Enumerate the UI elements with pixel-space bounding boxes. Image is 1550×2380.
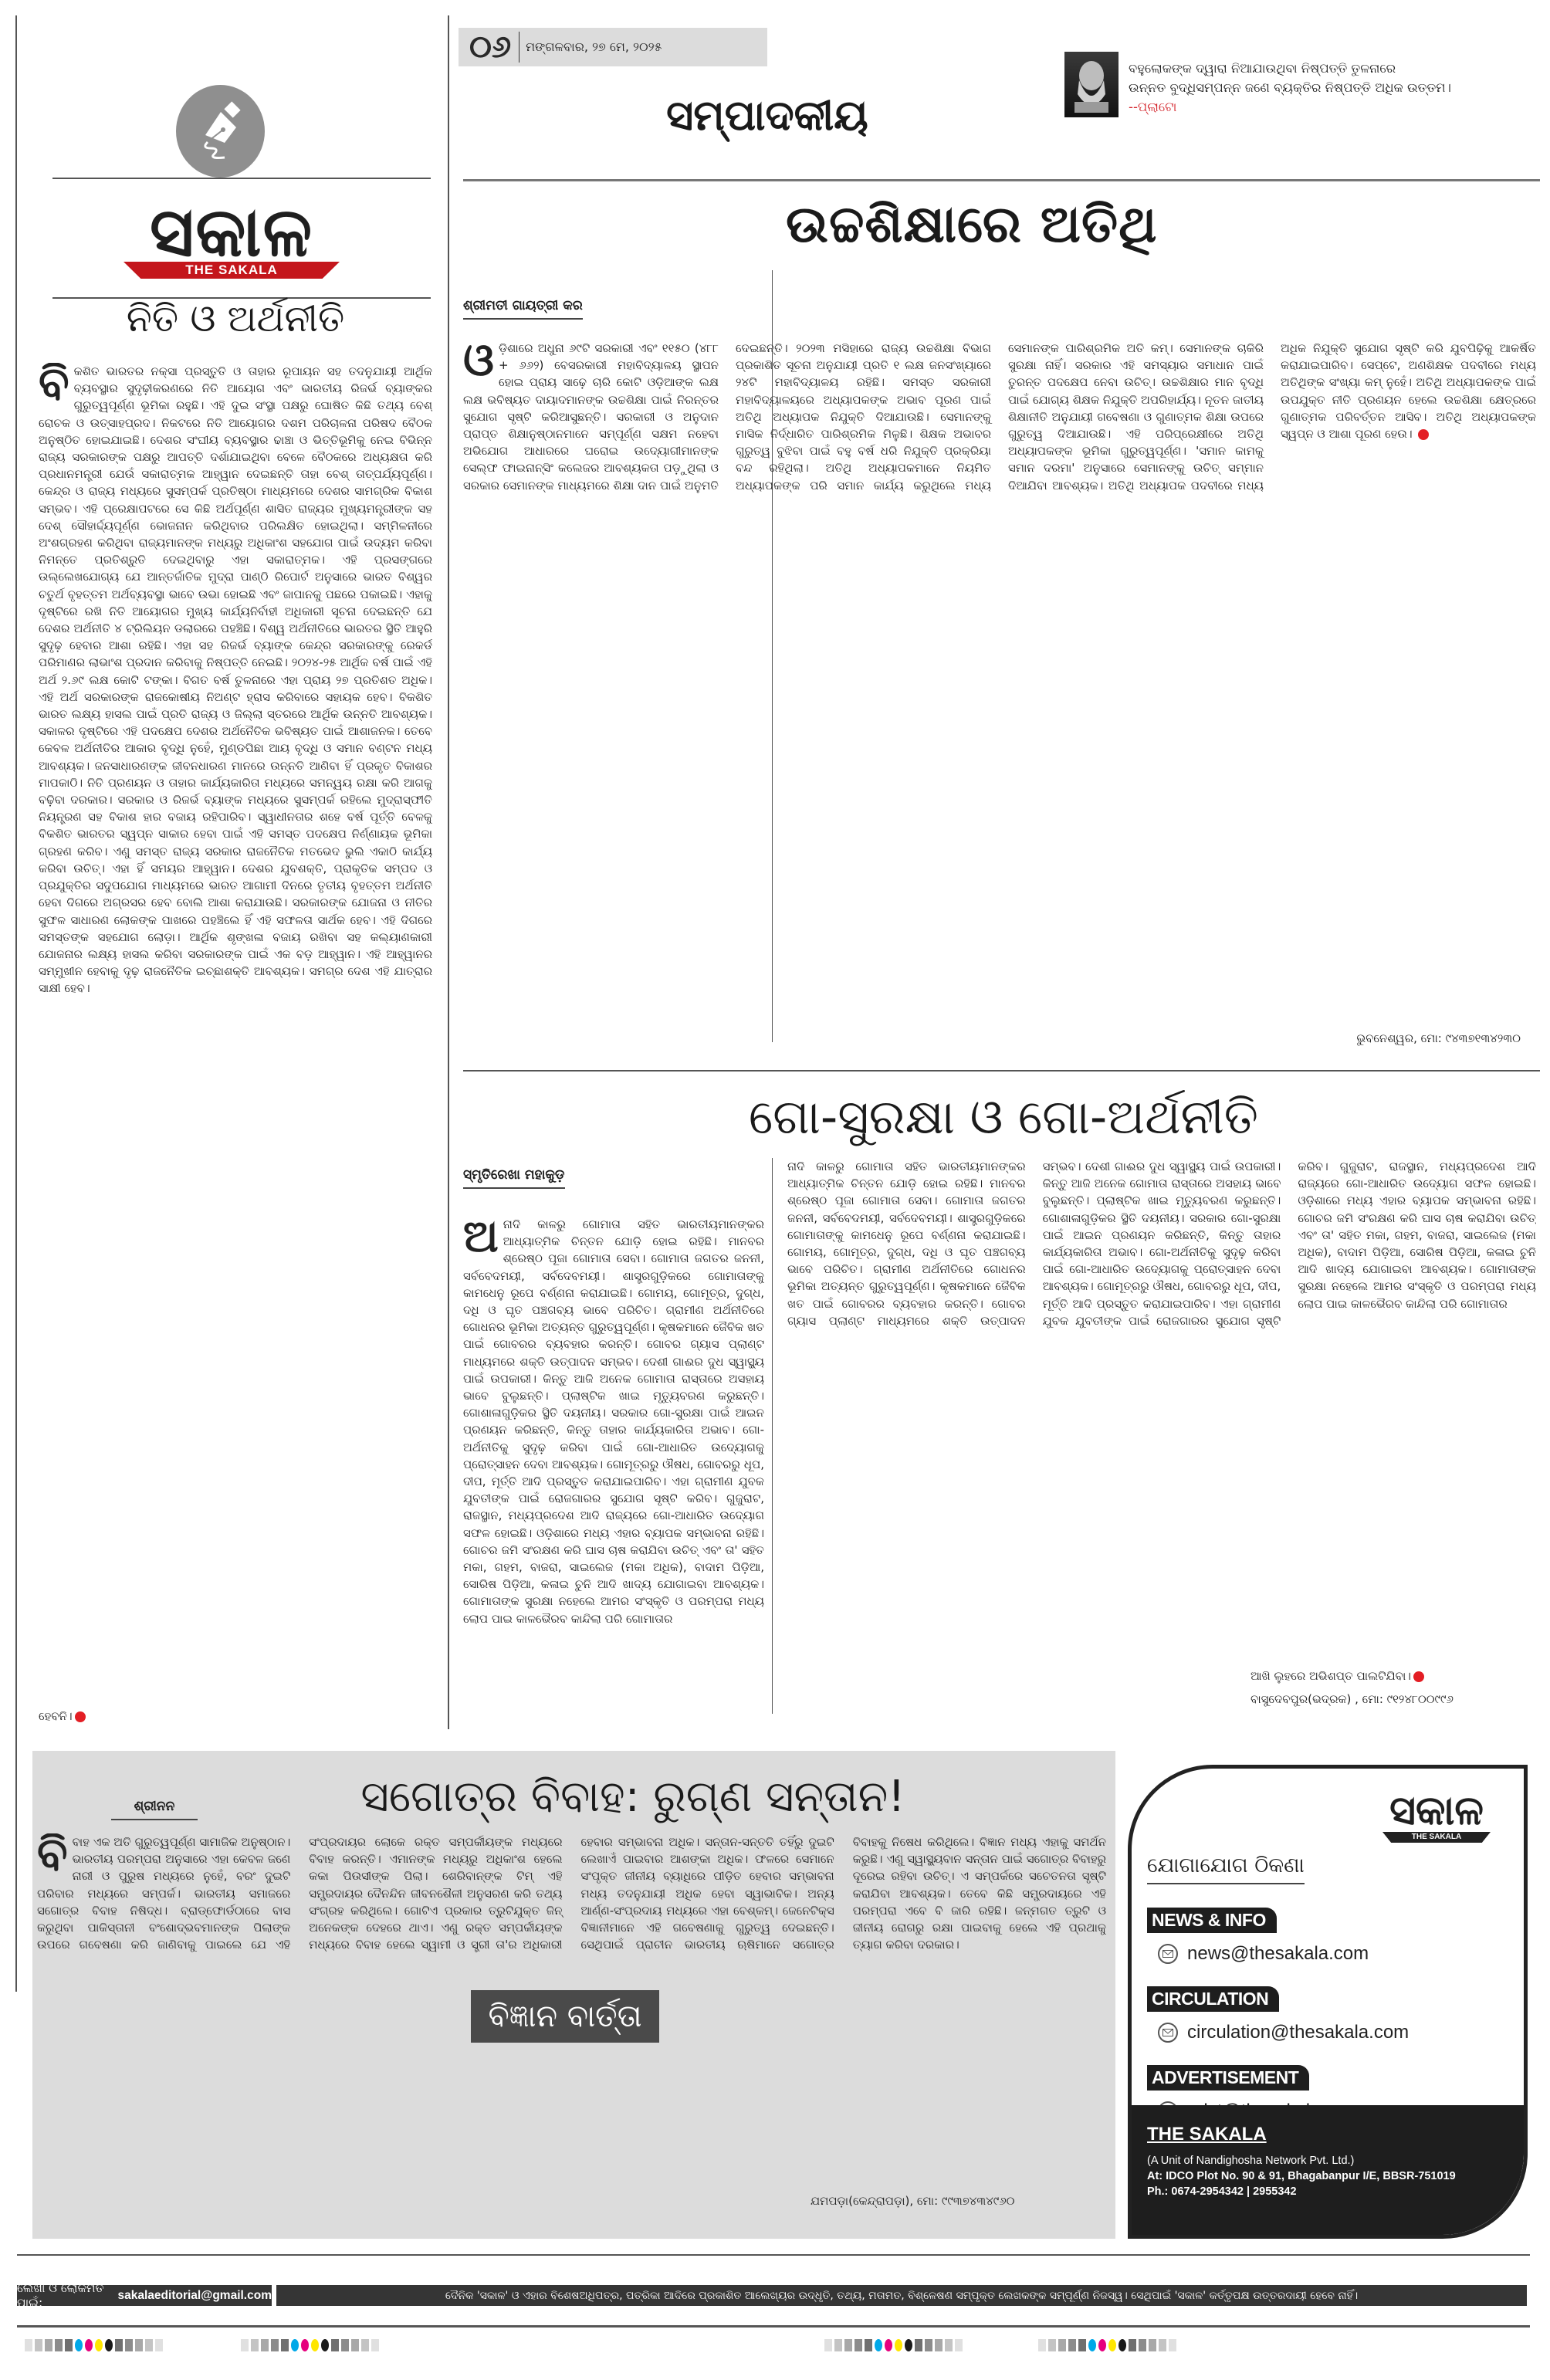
article-2-ending: ଆଖି ଲୁହରେ ଅଭିଶପ୍ତ ପାଲଟିଯିବା। xyxy=(1250,1667,1424,1684)
article-2-body-col1: ଅ ନାଦି କାଳରୁ ଗୋମାତା ସହିତ ଭାରତୀୟମାନଙ୍କର ଆ… xyxy=(463,1216,764,1710)
publisher-name: THE SAKALA xyxy=(1147,2124,1508,2145)
contact-card: ସକାଳ THE SAKALA ଯୋଗାଯୋଗ ଠିକଣା NEWS & INF… xyxy=(1128,1765,1528,2239)
publisher-info: THE SAKALA (A Unit of Nandighosha Networ… xyxy=(1132,2105,1524,2235)
portrait-icon xyxy=(1064,52,1119,117)
editorial-contact-bar: ଲେଖା ଓ ଲୋକମତ ପାଇଁ: sakalaeditorial@gmail… xyxy=(17,2285,272,2306)
publisher-address: At: IDCO Plot No. 90 & 91, Bhagabanpur I… xyxy=(1147,2168,1508,2184)
article-2-byline: ସ୍ମୃତିରେଖା ମହାକୁଡ଼ xyxy=(463,1167,565,1189)
end-mark-icon xyxy=(75,1711,86,1722)
quote-author: --ପ୍ଲାଟୋ xyxy=(1129,97,1545,117)
science-byline: ଶ୍ରୀନନ xyxy=(111,1799,198,1820)
circulation-email[interactable]: circulation@thesakala.com xyxy=(1187,2022,1409,2043)
publisher-phone: Ph.: 0674-2954342 | 2955342 xyxy=(1147,2184,1508,2199)
page-number: ୦୬ xyxy=(469,32,519,63)
news-info-tag: NEWS & INFO xyxy=(1147,1908,1277,1933)
article-1-signoff: ଭୁବନେଶ୍ୱର, ମୋ: ୯୪୩୭୧୩୪୨୩୦ xyxy=(1158,1031,1521,1045)
science-byline-wrap: ଶ୍ରୀନନ xyxy=(93,1799,216,1820)
article-2-body-cols: ନାଦି କାଳରୁ ଗୋମାତା ସହିତ ଭାରତୀୟମାନଙ୍କର ଆଧ୍… xyxy=(787,1158,1536,1667)
article-1-body: ଓ ଡ଼ିଶାରେ ଅଧୁନା ୬୯ଟି ସରକାରୀ ଏବଂ ୧୧୫୦ (୪୮… xyxy=(463,340,1536,1019)
print-color-bar xyxy=(1038,2339,1176,2351)
news-email[interactable]: news@thesakala.com xyxy=(1187,1943,1369,1965)
page-date: ମଙ୍ଗଳବାର, ୨୭ ମେ, ୨୦୨୫ xyxy=(519,39,662,55)
article-divider xyxy=(463,1070,1540,1072)
page-section-title: ସମ୍ପାଦକୀୟ xyxy=(459,91,1076,140)
dropcap: ଅ xyxy=(463,1217,499,1254)
dropcap: ବି xyxy=(37,1835,68,1872)
editorial-section-title: ନିତି ଓ ଅର୍ଥନୀତି xyxy=(39,297,432,341)
dropcap: ବି xyxy=(39,364,69,401)
article-1-headline: ଉଚ୍ଚଶିକ୍ଷାରେ ଅତିଥି xyxy=(772,195,1544,256)
sakala-logo: ସକାଳ THE SAKALA xyxy=(93,197,371,289)
news-email-row[interactable]: news@thesakala.com xyxy=(1158,1943,1369,1965)
pen-icon xyxy=(176,85,265,178)
article-2-signoff: ବାସୁଦେବପୁର(ଭଦ୍ରକ) , ମୋ: ୯୧୨୪୮୦୦୯୯୬ xyxy=(1250,1692,1521,1706)
footer-rule xyxy=(17,2254,1530,2256)
article-1-byline-wrap: ଶ୍ରୀମତୀ ଗାୟତ୍ରୀ କର xyxy=(463,298,583,320)
science-headline: ସଗୋତ୍ର ବିବାହ: ରୁଗ୍ଣ ସନ୍ତାନ! xyxy=(154,1772,1112,1823)
science-signoff: ଯମପଡ଼ା(କେନ୍ଦ୍ରାପଡ଼ା), ମୋ: ୯୯୩୭୪୩୪୯୬୦ xyxy=(811,2192,1015,2209)
masthead-rule xyxy=(52,178,431,179)
disclaimer-bar: ଦୈନିକ 'ସକାଳ' ଓ ଏହାର ବିଶେଷଅଧିପତ୍ର, ପତ୍ରିକ… xyxy=(276,2285,1527,2306)
mail-icon xyxy=(1158,2023,1178,2043)
page-info: ୦୬ ମଙ୍ଗଳବାର, ୨୭ ମେ, ୨୦୨୫ xyxy=(459,28,767,66)
print-color-bar xyxy=(241,2339,379,2351)
circulation-email-row[interactable]: circulation@thesakala.com xyxy=(1158,2022,1409,2043)
circulation-tag: CIRCULATION xyxy=(1147,1986,1279,2012)
print-color-bar xyxy=(824,2339,963,2351)
article-2-headline: ଗୋ-ସୁରକ୍ଷା ଓ ଗୋ-ଅର୍ଥନୀତି xyxy=(463,1088,1544,1146)
lead-editorial-ending: ହେବନି। xyxy=(39,1708,86,1725)
contact-heading: ଯୋଗାଯୋଗ ଠିକଣା xyxy=(1147,1854,1305,1884)
editorial-email[interactable]: sakalaeditorial@gmail.com xyxy=(118,2289,272,2303)
publisher-unit: (A Unit of Nandighosha Network Pvt. Ltd.… xyxy=(1147,2153,1508,2168)
article-2-byline-wrap: ସ୍ମୃତିରେଖା ମହାକୁଡ଼ xyxy=(463,1167,565,1189)
science-news-tag: ବିଜ୍ଞାନ ବାର୍ତ୍ତା xyxy=(471,1990,659,2043)
column-rule xyxy=(772,1158,773,1714)
header-rule xyxy=(463,179,1540,181)
end-mark-icon xyxy=(1413,1671,1424,1682)
print-color-bar xyxy=(25,2339,163,2351)
contact-logo: ସକାଳ THE SAKALA xyxy=(1371,1790,1502,1843)
column-rule xyxy=(448,15,449,1729)
lead-editorial-body: ବି କଶିତ ଭାରତର ନକ୍ସା ପ୍ରସ୍ତୁତି ଓ ତାହାର ରୂ… xyxy=(39,363,432,1722)
end-mark-icon xyxy=(1418,429,1429,440)
mail-icon xyxy=(1158,1944,1178,1964)
logo-english: THE SAKALA xyxy=(124,262,340,279)
article-1-byline: ଶ୍ରୀମତୀ ଗାୟତ୍ରୀ କର xyxy=(463,298,583,320)
advertisement-tag: ADVERTISEMENT xyxy=(1147,2065,1309,2091)
daily-quote: ବହୁଲୋକଙ୍କ ଦ୍ୱାରା ନିଆଯାଉଥିବା ନିଷ୍ପତ୍ତି ତୁ… xyxy=(1129,59,1545,117)
logo-odia: ସକାଳ xyxy=(93,197,371,266)
footer-bottom-rule xyxy=(17,2325,1530,2328)
page-border-left xyxy=(15,15,17,1992)
dropcap: ଓ xyxy=(463,341,494,378)
